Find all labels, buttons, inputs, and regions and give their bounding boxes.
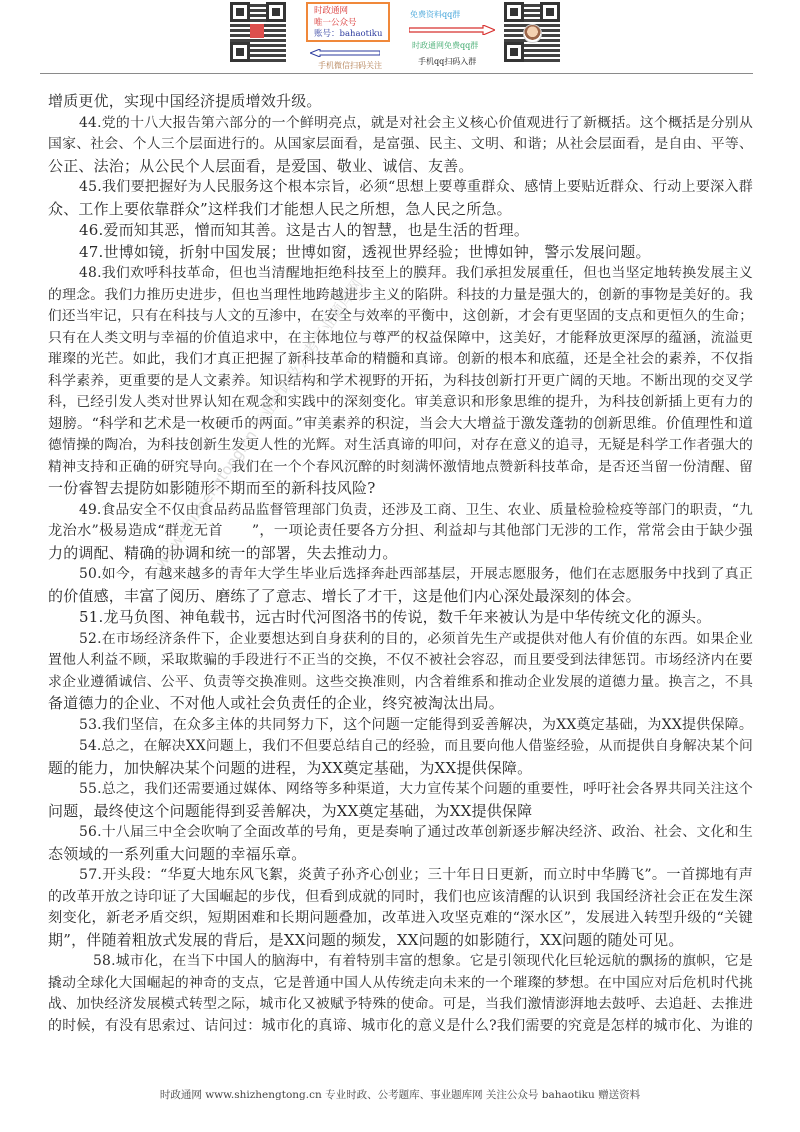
qq-scan-caption: 手机qq扫码入群: [418, 56, 476, 67]
wechat-account-box: 时政通网 唯一公众号 账号：bahaotiku: [306, 2, 390, 42]
text-line: 置他人利益不顾，采取欺骗的手段进行不正当的交换，不仅不被社会容忍，而且要受到法律…: [48, 650, 753, 672]
qq-avatar-icon: [523, 24, 542, 43]
text-line: 44.党的十八大报告第六部分的一个鲜明亮点，就是对社会主义核心价值观进行了新概括…: [48, 113, 753, 135]
text-line: 备道德力的企业、不对他人或社会负责任的企业，终究被淘汰出局。: [48, 693, 753, 715]
text-line: 53.我们坚信，在众多主体的共同努力下，这个问题一定能得到妥善解决，为XX奠定基…: [48, 715, 753, 737]
text-line: 47.世博如镜，折射中国发展；世博如窗，透视世界经验；世博如钟，警示发展问题。: [48, 242, 753, 264]
text-line: 刻变化，新老矛盾交织，短期困难和长期问题叠加，改革进入攻坚克难的“深水区”，发展…: [48, 908, 753, 930]
text-line: 国家、社会、个人三个层面进行的。从国家层面看，是富强、民主、文明、和谐；从社会层…: [48, 134, 753, 156]
account-id: 账号：bahaotiku: [314, 29, 382, 41]
text-line: 翅膀。“科学和艺术是一枚硬币的两面。”审美素养的积淀，当会大大增益于激发蓬勃的创…: [48, 414, 753, 436]
text-line: 题的能力，加快解决某个问题的进程，为XX奠定基础，为XX提供保障。: [48, 758, 753, 780]
text-line: 态领域的一系列重大问题的幸福乐章。: [48, 844, 753, 866]
text-line: 的价值感，丰富了阅历、磨练了了意志、增长了才干，这是他们内心深处最深刻的体会。: [48, 586, 753, 608]
text-line: 51.龙马负图、神龟载书，远古时代河图洛书的传说，数千年来被认为是中华传统文化的…: [48, 607, 753, 629]
text-line: 战、加快经济发展模式转型之际，城市化又被赋予特殊的使命。可是，当我们激情澎湃地去…: [48, 994, 753, 1016]
qq-qr-code: [504, 2, 560, 62]
header-divider: [40, 73, 753, 74]
text-line: 57.开头段：“华夏大地东风飞絮，炎黄子孙齐心创业；三十年日日更新，而立时中华腾…: [48, 865, 753, 887]
text-line: 精神支持和正确的研究导向。我们在一个个春风沉醉的时刻满怀激情地点赞新科技革命，是…: [48, 457, 753, 479]
text-line: 期”，伴随着粗放式发展的背后，是XX问题的频发，XX问题的如影随行，XX问题的随…: [48, 930, 753, 952]
arrow-left-icon: [310, 49, 380, 57]
text-line: 只有在人类文明与幸福的价值追求中，在主体地位与尊严的权益保障中，这美好，才能释放…: [48, 328, 753, 350]
text-line: 的时候，有没有思索过、诘问过：城市化的真谛、城市化的意义是什么?我们需要的究竟是…: [48, 1016, 753, 1038]
qq-group-title: 免费资料qq群: [410, 9, 460, 20]
header-banner: 时政通网 唯一公众号 账号：bahaotiku 手机微信扫码关注 免费资料qq群…: [226, 0, 576, 72]
qr-finder-icon: [540, 2, 560, 22]
text-line: 们还当牢记，只有在科技与人文的互渗中，在安全与效率的平衡中，这创新，才会有更坚固…: [48, 306, 753, 328]
page-footer: 时政通网 www.shizhengtong.cn 专业时政、公考题库、事业题库网…: [0, 1087, 800, 1102]
text-line: 一份睿智去提防如影随形不期而至的新科技风险?: [48, 478, 753, 500]
text-line: 54.总之，在解决XX问题上，我们不但要总结自己的经验，而且要向他人借鉴经验，从…: [48, 736, 753, 758]
text-line: 56.十八届三中全会吹响了全面改革的号角，更是奏响了通过改革创新逐步解决经济、政…: [48, 822, 753, 844]
text-line: 46.爱而知其恶，憎而知其善。这是古人的智慧，也是生活的哲理。: [48, 220, 753, 242]
site-name: 时政通网: [314, 6, 382, 18]
text-line: 璀璨的光芒。如此，我们才真正把握了新科技革命的精髓和真谛。创新的根本和底蕴，还是…: [48, 349, 753, 371]
text-line: 52.在市场经济条件下，企业要想达到自身获利的目的，必须首先生产或提供对他人有价…: [48, 629, 753, 651]
text-line: 龙治水”极易造成“群龙无首 ”，一项论责任要各方分担、利益却与其他部门无涉的工作…: [48, 521, 753, 543]
text-line: 公正、法治；从公民个人层面看，是爱国、敬业、诚信、友善。: [48, 156, 753, 178]
text-line: 48.我们欢呼科技革命，但也当清醒地拒绝科技至上的膜拜。我们承担发展重任，但也当…: [48, 263, 753, 285]
text-line: 45.我们要把握好为人民服务这个根本宗旨，必须“思想上要尊重群众、感情上要贴近群…: [48, 177, 753, 199]
text-line: 问题，最终使这个问题能得到妥善解决，为XX奠定基础，为XX提供保障: [48, 801, 753, 823]
wechat-qr-code: [230, 2, 286, 62]
text-line: 德情操的陶冶，为科技创新生发更人性的光辉。对生活真谛的叩问，对存在意义的追寻，无…: [48, 435, 753, 457]
official-account-label: 唯一公众号: [314, 18, 382, 30]
text-line: 众、工作上要依靠群众”这样我们才能想人民之所想，急人民之所急。: [48, 199, 753, 221]
text-line: 50.如今，有越来越多的青年大学生毕业后选择奔赴西部基层，开展志愿服务，他们在志…: [48, 564, 753, 586]
text-line: 49.食品安全不仅由食品药品监督管理部门负责，还涉及工商、卫生、农业、质量检验检…: [48, 500, 753, 522]
wechat-scan-caption: 手机微信扫码关注: [318, 60, 382, 71]
text-line: 科，已经引发人类对世界认知在观念和实践中的深刻变化。审美意识和形象思维的提升，为…: [48, 392, 753, 414]
text-line: 科学素养，更重要的是人文素养。知识结构和学术视野的开拓，为科技创新打开更广阔的天…: [48, 371, 753, 393]
qq-group-name: 时政通网免费qq群: [412, 40, 478, 51]
text-line: 的改革开放之诗印证了大国崛起的步伐，但看到成就的同时，我们也应该清醒的认识到 我…: [48, 887, 753, 909]
arrow-right-icon: [409, 25, 495, 35]
text-line: 撬动全球化大国崛起的神奇的支点，它是普通中国人从传统走向未来的一个璀璨的梦想。在…: [48, 973, 753, 995]
text-line: 的理念。我们力推历史进步，但也当理性地跨越进步主义的陷阱。科技的力量是强大的，创…: [48, 285, 753, 307]
site-logo-icon: [250, 24, 264, 38]
text-line: 求企业遵循诚信、公平、负责等交换准则。这些交换准则，内含着维系和推动企业发展的道…: [48, 672, 753, 694]
text-line: 增质更优，实现中国经济提质增效升级。: [48, 91, 753, 113]
text-line: 58.城市化，在当下中国人的脑海中，有着特别丰富的想象。它是引领现代化巨轮远航的…: [48, 951, 753, 973]
qr-finder-icon: [266, 2, 286, 22]
document-body: 增质更优，实现中国经济提质增效升级。44.党的十八大报告第六部分的一个鲜明亮点，…: [48, 91, 753, 1037]
text-line: 55.总之，我们还需要通过媒体、网络等多种渠道，大力宣传某个问题的重要性，呼吁社…: [48, 779, 753, 801]
